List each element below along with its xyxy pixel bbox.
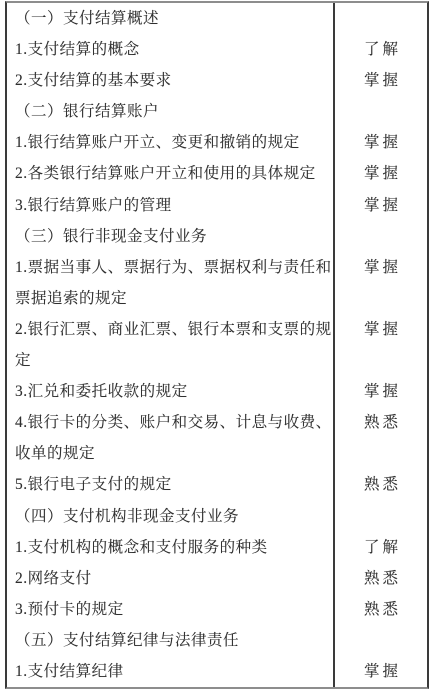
mastery-cell: 了解 bbox=[333, 34, 427, 65]
topic-cell: 票据追索的规定 bbox=[7, 283, 333, 314]
mastery-cell: 掌握 bbox=[333, 314, 427, 345]
mastery-cell bbox=[333, 625, 427, 656]
mastery-cell: 掌握 bbox=[333, 376, 427, 407]
topic-cell: 5.银行电子支付的规定 bbox=[7, 469, 333, 500]
table-row: 3.汇兑和委托收款的规定 掌握 bbox=[7, 376, 427, 407]
topic-cell: 1.支付机构的概念和支付服务的种类 bbox=[7, 532, 333, 563]
topic-cell: 2.网络支付 bbox=[7, 563, 333, 594]
topic-cell: 1.支付结算纪律 bbox=[7, 656, 333, 687]
table-row: 1.支付机构的概念和支付服务的种类 了解 bbox=[7, 532, 427, 563]
mastery-cell bbox=[333, 501, 427, 532]
mastery-cell bbox=[333, 3, 427, 34]
table-row: 4.银行卡的分类、账户和交易、计息与收费、 熟悉 bbox=[7, 407, 427, 438]
table-row: 收单的规定 bbox=[7, 438, 427, 469]
topic-cell: 2.支付结算的基本要求 bbox=[7, 65, 333, 96]
table-row: 票据追索的规定 bbox=[7, 283, 427, 314]
topic-cell: 收单的规定 bbox=[7, 438, 333, 469]
topic-cell: （二）银行结算账户 bbox=[7, 96, 333, 127]
table-row: 2.网络支付 熟悉 bbox=[7, 563, 427, 594]
topic-cell: 3.银行结算账户的管理 bbox=[7, 190, 333, 221]
document-page: （一）支付结算概述 1.支付结算的概念 了解 2.支付结算的基本要求 掌握 （二… bbox=[0, 0, 432, 696]
table-row: 2.银行汇票、商业汇票、银行本票和支票的规 掌握 bbox=[7, 314, 427, 345]
table-row: 5.银行电子支付的规定 熟悉 bbox=[7, 469, 427, 500]
mastery-cell: 掌握 bbox=[333, 127, 427, 158]
table-row: （一）支付结算概述 bbox=[7, 3, 427, 34]
table-row: 2.支付结算的基本要求 掌握 bbox=[7, 65, 427, 96]
mastery-cell: 了解 bbox=[333, 532, 427, 563]
mastery-cell bbox=[333, 221, 427, 252]
mastery-cell: 掌握 bbox=[333, 158, 427, 189]
table-row: （四）支付机构非现金支付业务 bbox=[7, 501, 427, 532]
mastery-cell: 熟悉 bbox=[333, 407, 427, 438]
mastery-cell: 熟悉 bbox=[333, 469, 427, 500]
topic-cell: （一）支付结算概述 bbox=[7, 3, 333, 34]
topic-cell: 4.银行卡的分类、账户和交易、计息与收费、 bbox=[7, 407, 333, 438]
mastery-cell bbox=[333, 345, 427, 376]
table-row: 3.银行结算账户的管理 掌握 bbox=[7, 190, 427, 221]
mastery-cell bbox=[333, 283, 427, 314]
topic-cell: （五）支付结算纪律与法律责任 bbox=[7, 625, 333, 656]
table-row: 1.银行结算账户开立、变更和撤销的规定 掌握 bbox=[7, 127, 427, 158]
table-rows: （一）支付结算概述 1.支付结算的概念 了解 2.支付结算的基本要求 掌握 （二… bbox=[7, 3, 427, 687]
table-row: 1.支付结算纪律 掌握 bbox=[7, 656, 427, 687]
topic-cell: 2.各类银行结算账户开立和使用的具体规定 bbox=[7, 158, 333, 189]
topic-cell: 1.支付结算的概念 bbox=[7, 34, 333, 65]
mastery-cell: 掌握 bbox=[333, 252, 427, 283]
topic-cell: 定 bbox=[7, 345, 333, 376]
syllabus-table: （一）支付结算概述 1.支付结算的概念 了解 2.支付结算的基本要求 掌握 （二… bbox=[5, 1, 429, 689]
topic-cell: 1.银行结算账户开立、变更和撤销的规定 bbox=[7, 127, 333, 158]
mastery-cell: 熟悉 bbox=[333, 563, 427, 594]
table-row: 2.各类银行结算账户开立和使用的具体规定 掌握 bbox=[7, 158, 427, 189]
mastery-cell: 掌握 bbox=[333, 190, 427, 221]
topic-cell: 3.预付卡的规定 bbox=[7, 594, 333, 625]
table-row: （五）支付结算纪律与法律责任 bbox=[7, 625, 427, 656]
table-row: 定 bbox=[7, 345, 427, 376]
topic-cell: 3.汇兑和委托收款的规定 bbox=[7, 376, 333, 407]
table-row: （三）银行非现金支付业务 bbox=[7, 221, 427, 252]
table-row: 1.票据当事人、票据行为、票据权利与责任和 掌握 bbox=[7, 252, 427, 283]
mastery-cell bbox=[333, 438, 427, 469]
mastery-cell: 掌握 bbox=[333, 656, 427, 687]
topic-cell: 2.银行汇票、商业汇票、银行本票和支票的规 bbox=[7, 314, 333, 345]
mastery-cell: 熟悉 bbox=[333, 594, 427, 625]
topic-cell: （三）银行非现金支付业务 bbox=[7, 221, 333, 252]
topic-cell: （四）支付机构非现金支付业务 bbox=[7, 501, 333, 532]
table-row: 3.预付卡的规定 熟悉 bbox=[7, 594, 427, 625]
table-row: 1.支付结算的概念 了解 bbox=[7, 34, 427, 65]
mastery-cell: 掌握 bbox=[333, 65, 427, 96]
table-row: （二）银行结算账户 bbox=[7, 96, 427, 127]
topic-cell: 1.票据当事人、票据行为、票据权利与责任和 bbox=[7, 252, 333, 283]
mastery-cell bbox=[333, 96, 427, 127]
